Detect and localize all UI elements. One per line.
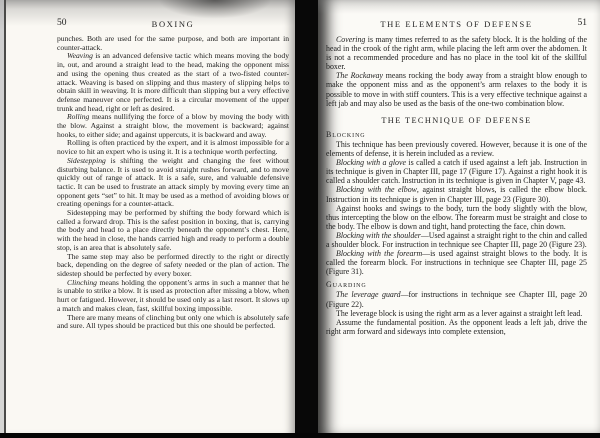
page-number: 50 [57,18,67,28]
paragraph-lead-italic: Blocking with the forearm [336,249,422,258]
body-paragraph: Covering is many times referred to as th… [326,35,587,71]
paragraph-lead-italic: Blocking with the shoulder [336,231,421,240]
paragraph-lead-italic: Covering [336,35,365,44]
paragraph-lead-italic: Clinching [67,278,97,287]
page-body-right: Covering is many times referred to as th… [326,35,587,336]
paragraph-lead-italic: The Rockaway [336,71,383,80]
body-paragraph: Blocking with a glove is called a catch … [326,158,587,185]
body-paragraph: The leverage guard—for instructions in t… [326,290,587,308]
body-paragraph: Sidestepping is shifting the weight and … [57,157,289,209]
book-page-left: 50 BOXING punches. Both are used for the… [6,0,295,433]
section-heading: THE TECHNIQUE OF DEFENSE [326,116,587,125]
body-paragraph: Sidestepping may be performed by shiftin… [57,209,289,253]
body-paragraph: Clinching means holding the opponent’s a… [57,279,289,314]
book-page-right: THE ELEMENTS OF DEFENSE 51 Covering is m… [318,0,600,433]
running-title: BOXING [57,19,289,29]
body-paragraph: The leverage block is using the right ar… [326,309,587,318]
body-paragraph: Assume the fundamental position. As the … [326,318,587,336]
body-paragraph: This technique has been previously cover… [326,140,587,158]
body-paragraph: punches. Both are used for the same purp… [57,35,289,52]
paragraph-lead-italic: Sidestepping [67,156,106,165]
body-paragraph: The same step may also be performed dire… [57,253,289,279]
running-title: THE ELEMENTS OF DEFENSE [326,19,587,29]
paragraph-lead-italic: Blocking with a glove [336,158,406,167]
body-paragraph: There are many means of clinching but on… [57,314,289,331]
paragraph-lead-italic: Blocking with the elbow [336,185,417,194]
page-header-right: THE ELEMENTS OF DEFENSE 51 [326,19,587,31]
body-paragraph: Rolling means nullifying the force of a … [57,113,289,139]
scan-bottom-edge [0,433,600,438]
body-paragraph: Rolling is often practiced by the expert… [57,139,289,156]
paragraph-lead-italic: Weaving [67,51,93,60]
body-paragraph: Blocking with the forearm—is used agains… [326,249,587,276]
paragraph-lead-italic: Rolling [67,112,89,121]
body-paragraph: Blocking with the elbow, against straigh… [326,185,587,203]
page-body-left: punches. Both are used for the same purp… [57,35,289,331]
paragraph-lead-italic: The leverage guard [336,290,401,299]
subsection-heading: Guarding [326,280,587,289]
body-paragraph: Blocking with the shoulder—Used against … [326,231,587,249]
body-paragraph: Against hooks and swings to the body, tu… [326,204,587,231]
page-number: 51 [578,18,588,28]
page-header-left: 50 BOXING [57,19,289,31]
subsection-heading: Blocking [326,130,587,139]
body-paragraph: The Rockaway means rocking the body away… [326,71,587,107]
book-scan: 50 BOXING punches. Both are used for the… [0,0,600,438]
body-paragraph: Weaving is an advanced defensive tactic … [57,52,289,113]
